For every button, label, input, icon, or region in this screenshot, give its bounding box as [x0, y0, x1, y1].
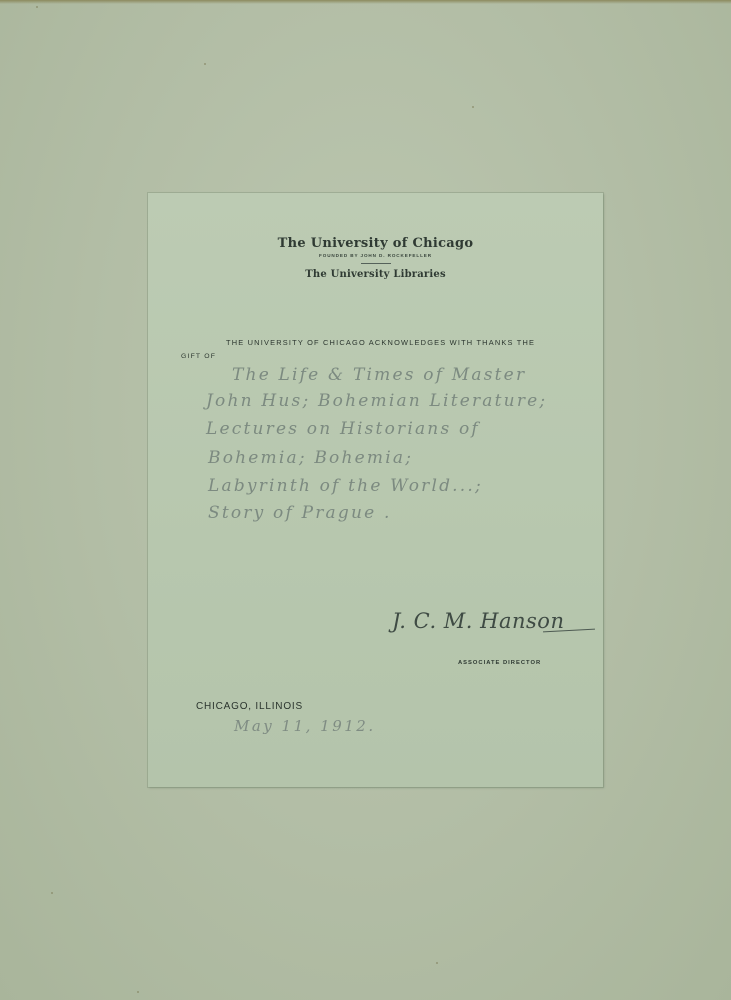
handwritten-gift-line: John Hus; Bohemian Literature; — [206, 391, 547, 411]
place-line: CHICAGO, ILLINOIS — [196, 701, 303, 712]
handwritten-gift-line: The Life & Times of Master — [232, 365, 526, 385]
handwritten-gift-line: Labyrinth of the World...; — [208, 476, 483, 496]
letterhead-divider — [361, 263, 391, 264]
mat-speck — [436, 962, 438, 964]
mat-top-edge-stain — [0, 0, 731, 4]
handwritten-date: May 11, 1912. — [234, 717, 376, 735]
acknowledgement-text: THE UNIVERSITY OF CHICAGO ACKNOWLEDGES W… — [226, 338, 535, 347]
gift-of-label: GIFT OF — [181, 353, 216, 360]
handwritten-gift-line: Lectures on Historians of — [206, 419, 480, 439]
mat-speck — [36, 6, 38, 8]
handwritten-gift-line: Story of Prague . — [208, 503, 392, 523]
mat-speck — [204, 63, 206, 65]
handwritten-gift-line: Bohemia; Bohemia; — [208, 448, 413, 468]
mat-speck — [472, 106, 474, 108]
letterhead-founded-line: FOUNDED BY JOHN D. ROCKEFELLER — [148, 253, 603, 258]
letterhead-department: The University Libraries — [148, 269, 603, 280]
mat-speck — [137, 991, 139, 993]
signature: J. C. M. Hanson — [392, 609, 564, 633]
signatory-title: ASSOCIATE DIRECTOR — [458, 660, 541, 666]
acknowledgement-letter: The University of Chicago FOUNDED BY JOH… — [148, 193, 603, 787]
mat-speck — [51, 892, 53, 894]
letterhead-title: The University of Chicago — [148, 236, 603, 251]
